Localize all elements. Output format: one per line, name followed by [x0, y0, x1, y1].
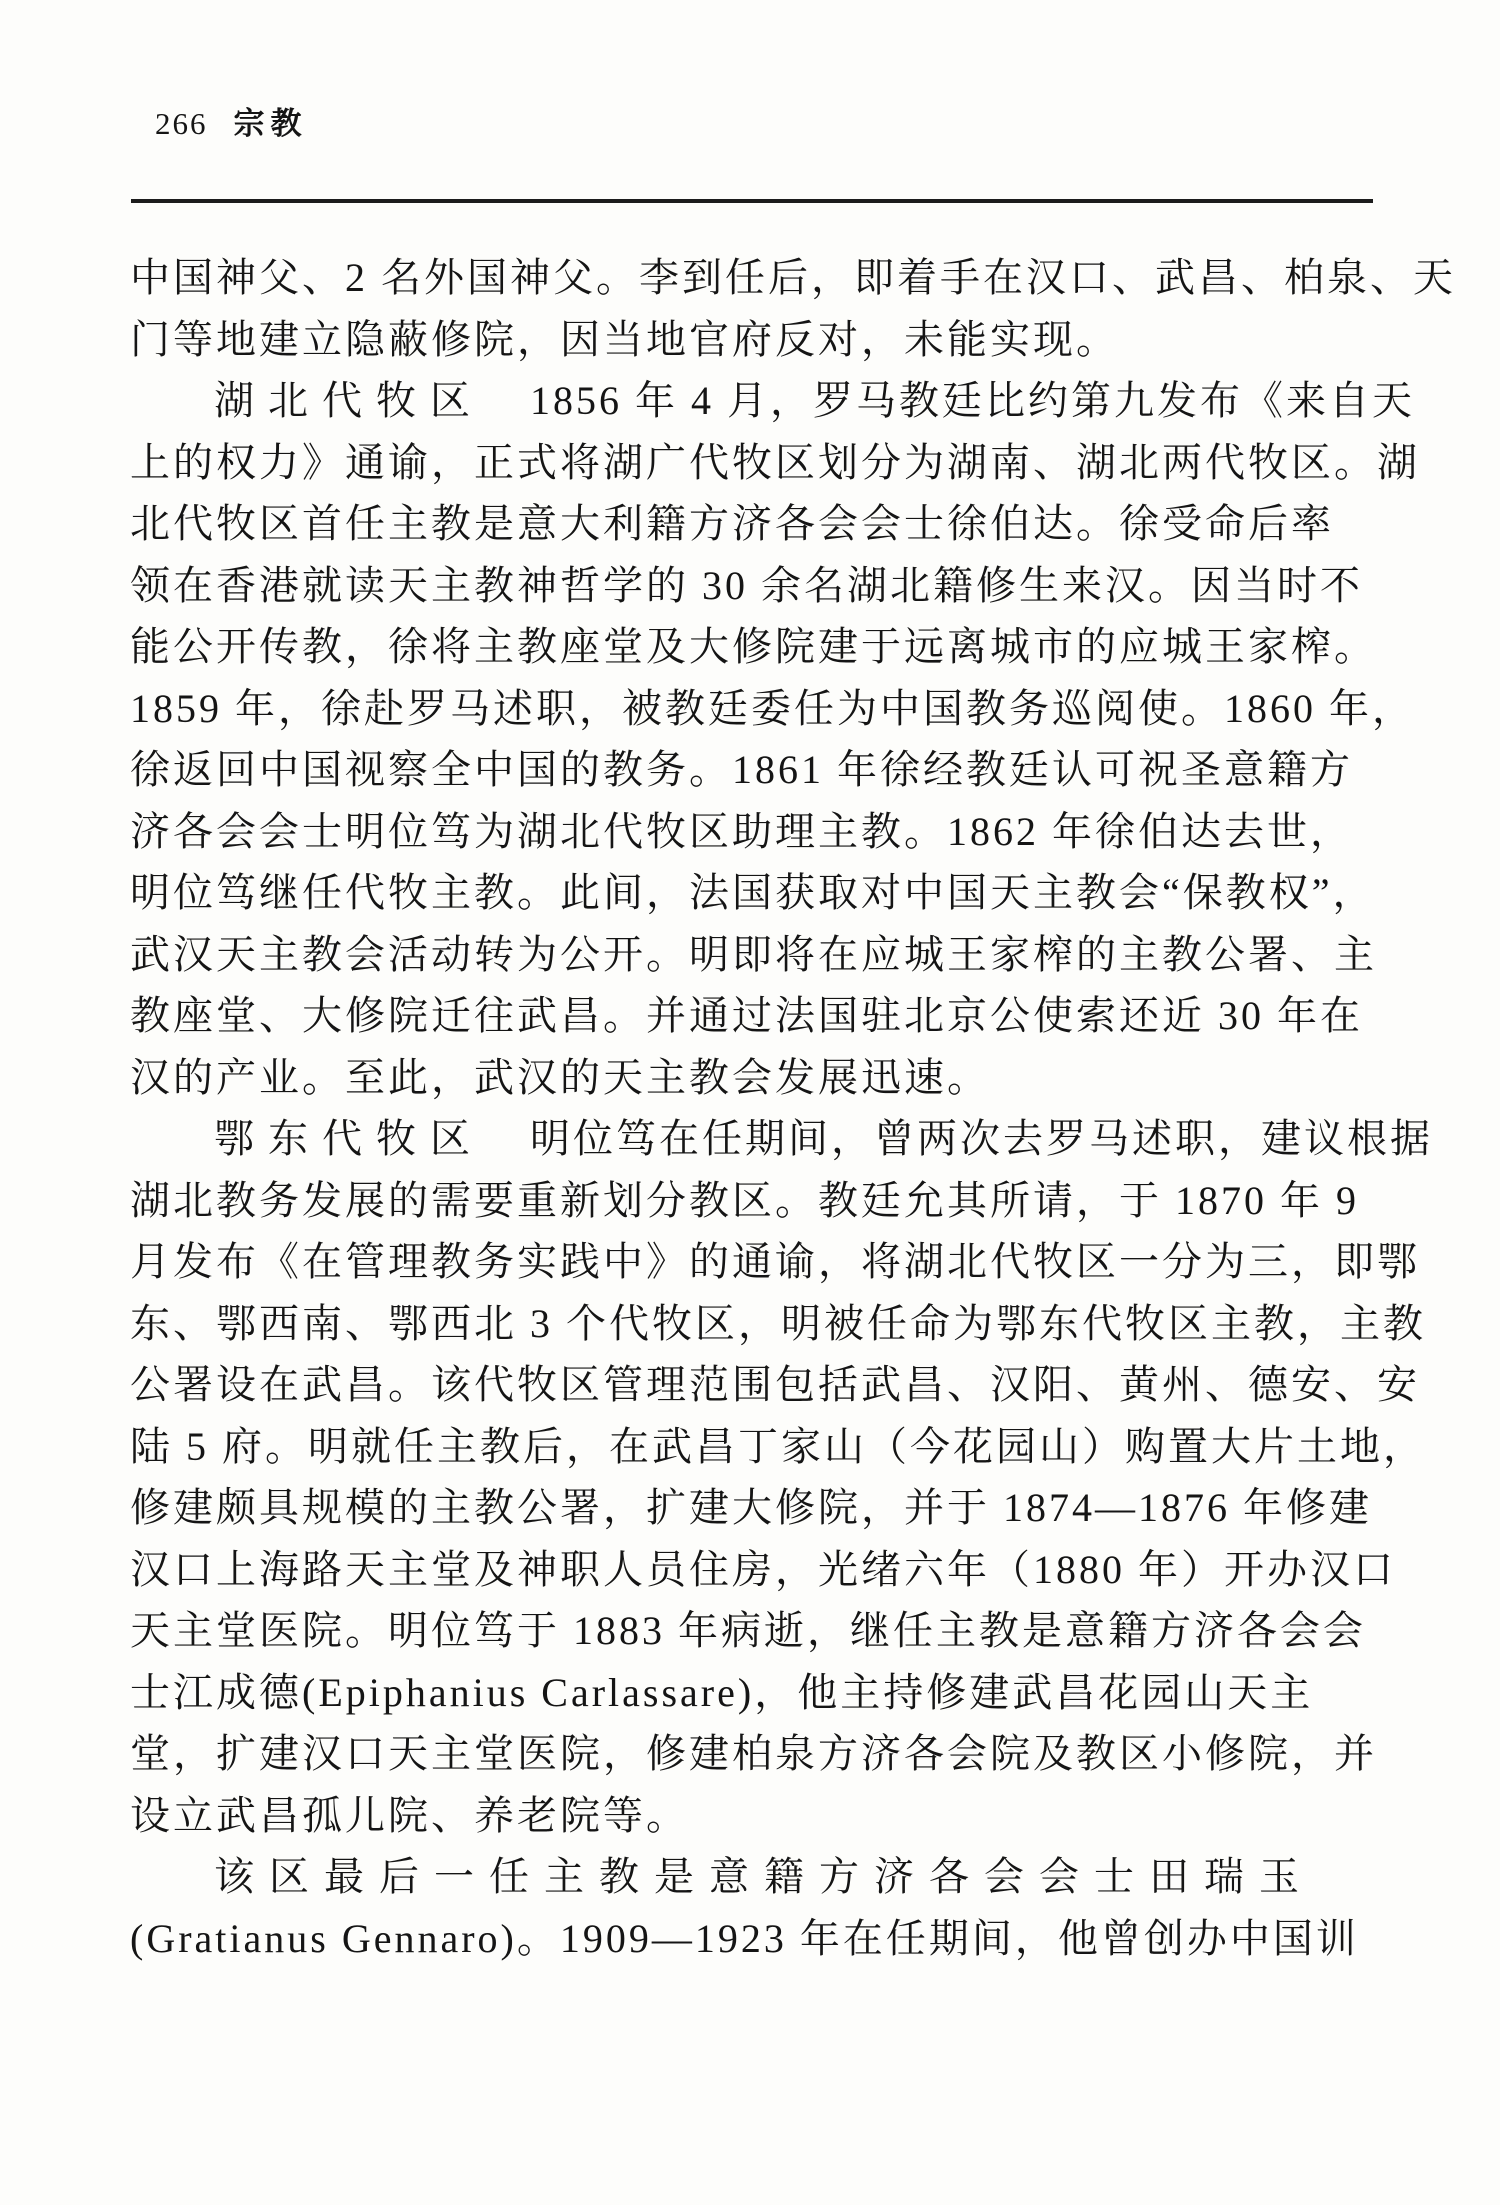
section-term-rest: 1856 年 4 月，罗马教廷比约第九发布《来自天: [530, 378, 1415, 423]
page-number: 266: [155, 106, 208, 142]
book-page: 266宗教 中国神父、2 名外国神父。李到任后，即着手在汉口、武昌、柏泉、天 门…: [0, 0, 1500, 2205]
text-line: 汉口上海路天主堂及神职人员住房，光绪六年（1880 年）开办汉口: [130, 1539, 1374, 1601]
text-line: 月发布《在管理教务实践中》的通谕，将湖北代牧区一分为三，即鄂: [130, 1231, 1374, 1293]
section-term-rest: 明位笃在任期间，曾两次去罗马述职，建议根据: [530, 1116, 1433, 1161]
text-line: 公署设在武昌。该代牧区管理范围包括武昌、汉阳、黄州、德安、安: [130, 1354, 1374, 1416]
text-line: 湖北教务发展的需要重新划分教区。教廷允其所请，于 1870 年 9: [130, 1170, 1374, 1232]
text-line: 鄂东代牧区明位笃在任期间，曾两次去罗马述职，建议根据: [130, 1108, 1374, 1170]
text-line: 设立武昌孤儿院、养老院等。: [130, 1785, 1374, 1847]
paragraph-continuation: 中国神父、2 名外国神父。李到任后，即着手在汉口、武昌、柏泉、天 门等地建立隐蔽…: [130, 247, 1374, 370]
text-line: 天主堂医院。明位笃于 1883 年病逝，继任主教是意籍方济各会会: [130, 1600, 1374, 1662]
text-block: 中国神父、2 名外国神父。李到任后，即着手在汉口、武昌、柏泉、天 门等地建立隐蔽…: [130, 247, 1374, 1969]
paragraph-last-bishop: 该区最后一任主教是意籍方济各会会士田瑞玉 (Gratianus Gennaro)…: [130, 1846, 1374, 1969]
text-line: 徐返回中国视察全中国的教务。1861 年徐经教廷认可祝圣意籍方: [130, 739, 1374, 801]
page-header: 266宗教: [155, 98, 308, 143]
text-line: 东、鄂西南、鄂西北 3 个代牧区，明被任命为鄂东代牧区主教，主教: [130, 1293, 1374, 1355]
text-line: 1859 年，徐赴罗马述职，被教廷委任为中国教务巡阅使。1860 年，: [130, 678, 1374, 740]
text-line: 上的权力》通谕，正式将湖广代牧区划分为湖南、湖北两代牧区。湖: [130, 432, 1374, 494]
section-term: 湖北代牧区: [214, 378, 484, 423]
text-line: 士江成德(Epiphanius Carlassare)，他主持修建武昌花园山天主: [130, 1662, 1374, 1724]
text-line: (Gratianus Gennaro)。1909—1923 年在任期间，他曾创办…: [130, 1908, 1374, 1970]
paragraph-hubei-vicariate: 湖北代牧区1856 年 4 月，罗马教廷比约第九发布《来自天 上的权力》通谕，正…: [130, 370, 1374, 1108]
text-line: 中国神父、2 名外国神父。李到任后，即着手在汉口、武昌、柏泉、天: [130, 247, 1374, 309]
text-line: 汉的产业。至此，武汉的天主教会发展迅速。: [130, 1047, 1374, 1109]
text-line: 领在香港就读天主教神哲学的 30 余名湖北籍修生来汉。因当时不: [130, 555, 1374, 617]
section-term: 鄂东代牧区: [214, 1116, 484, 1161]
text-line: 门等地建立隐蔽修院，因当地官府反对，未能实现。: [130, 309, 1374, 371]
text-line: 修建颇具规模的主教公署，扩建大修院，并于 1874—1876 年修建: [130, 1477, 1374, 1539]
text-line: 该区最后一任主教是意籍方济各会会士田瑞玉: [130, 1846, 1374, 1908]
text-line: 济各会会士明位笃为湖北代牧区助理主教。1862 年徐伯达去世，: [130, 801, 1374, 863]
text-line: 武汉天主教会活动转为公开。明即将在应城王家榨的主教公署、主: [130, 924, 1374, 986]
text-line: 教座堂、大修院迁往武昌。并通过法国驻北京公使索还近 30 年在: [130, 985, 1374, 1047]
running-title: 宗教: [234, 98, 308, 143]
text-line: 北代牧区首任主教是意大利籍方济各会会士徐伯达。徐受命后率: [130, 493, 1374, 555]
header-rule: [131, 199, 1373, 203]
text-line: 能公开传教，徐将主教座堂及大修院建于远离城市的应城王家榨。: [130, 616, 1374, 678]
text-line: 明位笃继任代牧主教。此间，法国获取对中国天主教会“保教权”，: [130, 862, 1374, 924]
text-line: 湖北代牧区1856 年 4 月，罗马教廷比约第九发布《来自天: [130, 370, 1374, 432]
text-line: 堂，扩建汉口天主堂医院，修建柏泉方济各会院及教区小修院，并: [130, 1723, 1374, 1785]
text-line: 陆 5 府。明就任主教后，在武昌丁家山（今花园山）购置大片土地，: [130, 1416, 1374, 1478]
paragraph-edong-vicariate: 鄂东代牧区明位笃在任期间，曾两次去罗马述职，建议根据 湖北教务发展的需要重新划分…: [130, 1108, 1374, 1846]
